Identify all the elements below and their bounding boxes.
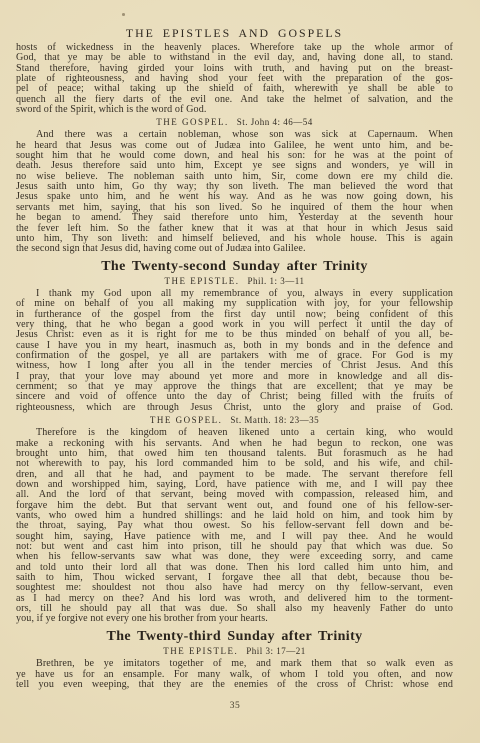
- scripture-reference: THE GOSPEL.St. John 4: 46—54: [16, 117, 453, 127]
- scripture-ref-label: THE EPISTLE.: [165, 276, 240, 286]
- scripture-ref-citation: Phil. 1: 3—11: [248, 276, 305, 286]
- scripture-reference: THE EPISTLE.Phil. 1: 3—11: [16, 276, 453, 286]
- text-line: Brethren, be ye imitators together of me…: [16, 659, 453, 669]
- text-line: righteousness, which are through Jesus C…: [16, 403, 453, 413]
- paragraph: And there was a certain nobleman, whose …: [16, 130, 453, 254]
- scripture-ref-label: THE GOSPEL.: [156, 117, 229, 127]
- paragraph: hosts of wickedness in the heavenly plac…: [16, 43, 453, 115]
- scripture-reference: THE EPISTLE.Phil 3: 17—21: [16, 646, 453, 656]
- section-heading: The Twenty-second Sunday after Trinity: [16, 259, 453, 274]
- text-line: Therefore is the kingdom of heaven liken…: [16, 428, 453, 438]
- text-line: all. And the lord of that servant, being…: [16, 490, 453, 500]
- book-page: THE EPISTLES AND GOSPELS hosts of wicked…: [0, 0, 480, 743]
- page-number: 35: [0, 701, 470, 711]
- running-head: THE EPISTLES AND GOSPELS: [16, 27, 453, 40]
- text-line: tell you even weeping, that they are the…: [16, 680, 453, 690]
- text-line: sword of the Spirit, which is the word o…: [16, 105, 453, 115]
- text-line: the second sign that Jesus did, having c…: [16, 244, 453, 254]
- scripture-reference: THE GOSPEL.St. Matth. 18: 23—35: [16, 415, 453, 425]
- scripture-ref-label: THE GOSPEL.: [150, 415, 223, 425]
- text-blocks: hosts of wickedness in the heavenly plac…: [16, 43, 453, 690]
- page-content: THE EPISTLES AND GOSPELS hosts of wicked…: [16, 27, 453, 690]
- section-heading: The Twenty-third Sunday after Trinity: [16, 629, 453, 644]
- paragraph: I thank my God upon all my remembrance o…: [16, 289, 453, 413]
- paragraph: Therefore is the kingdom of heaven liken…: [16, 428, 453, 625]
- paragraph: Brethren, be ye imitators together of me…: [16, 659, 453, 690]
- text-line: he began to amend. They said therefore u…: [16, 213, 453, 223]
- text-line: not wherewith to pay, his lord commanded…: [16, 459, 453, 469]
- scripture-ref-label: THE EPISTLE.: [163, 646, 238, 656]
- scripture-ref-citation: Phil 3: 17—21: [246, 646, 306, 656]
- scripture-ref-citation: St. John 4: 46—54: [237, 117, 313, 127]
- paper-speck: [122, 13, 125, 16]
- text-line: you, if ye forgive not every one his bro…: [16, 614, 453, 624]
- scripture-ref-citation: St. Matth. 18: 23—35: [230, 415, 319, 425]
